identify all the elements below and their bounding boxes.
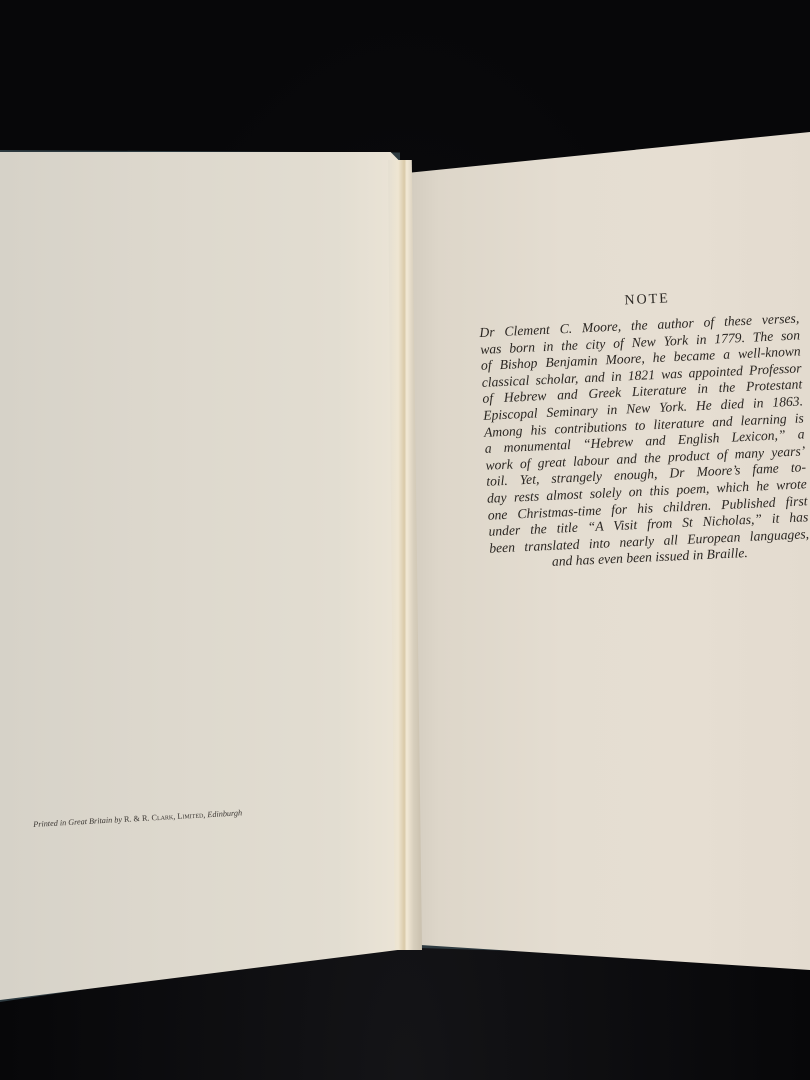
note-section: NOTE Dr Clement C. Moore, the author of … (478, 285, 810, 573)
left-page (0, 152, 420, 1000)
photo-scene: Printed in Great Britain by R. & R. Clar… (0, 0, 810, 1080)
